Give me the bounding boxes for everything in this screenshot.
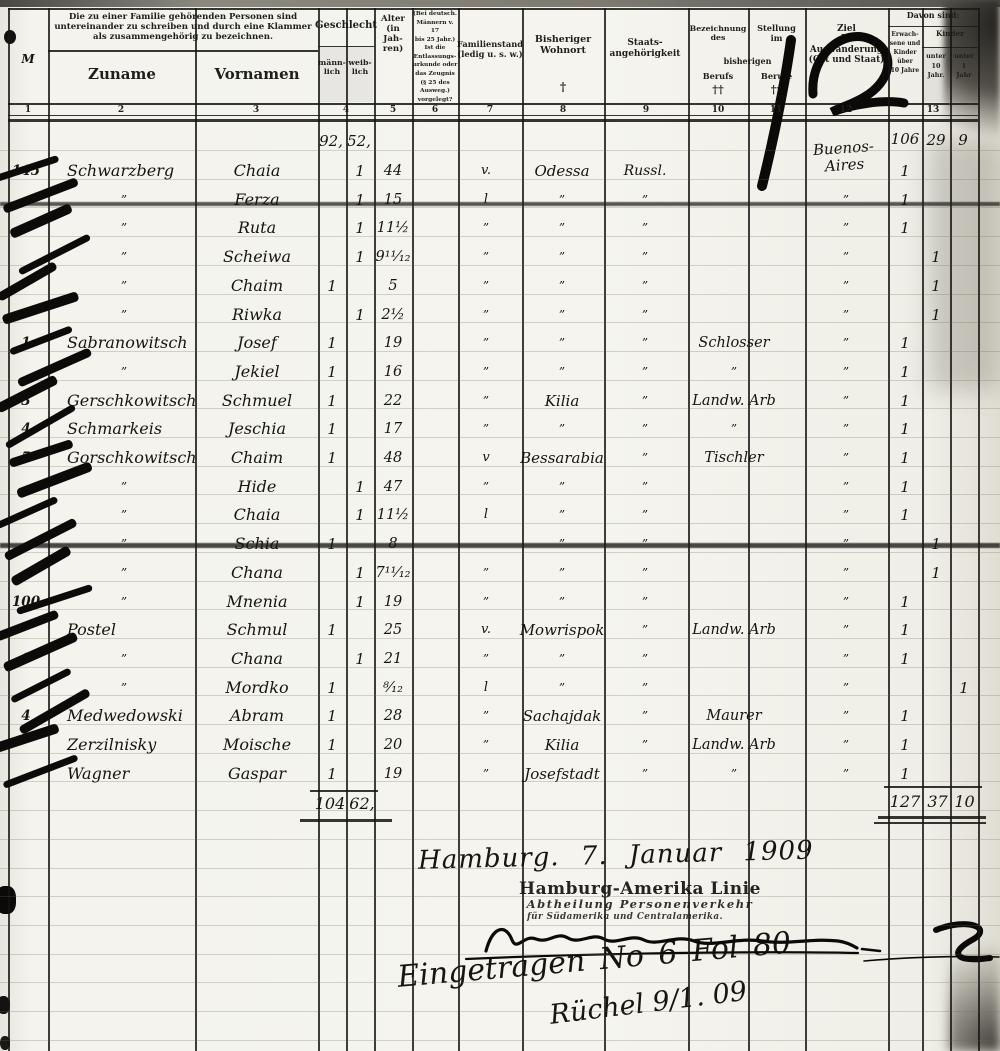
- cell-fam: ”: [458, 762, 514, 787]
- cell-k10: 1: [922, 245, 950, 270]
- cell-ziel: ”: [804, 532, 888, 557]
- cell-fam: ”: [458, 331, 514, 356]
- column-line-14: [922, 8, 924, 1051]
- cell-zuname: ”: [54, 360, 194, 385]
- cell-alter: 48: [372, 446, 414, 471]
- cell-vorname: Chaia: [198, 159, 316, 184]
- cell-k10: 1: [922, 561, 950, 586]
- cell-alter: 11½: [372, 503, 414, 528]
- cell-wohnort: ”: [518, 188, 606, 213]
- cell-adult: 1: [888, 647, 922, 672]
- col-number-10: 10: [703, 105, 733, 116]
- col-number-3: 3: [241, 105, 271, 116]
- cell-alter: 19: [372, 590, 414, 615]
- cell-staat: ”: [604, 389, 686, 414]
- cell-m: 1: [318, 532, 346, 557]
- cell-vorname: Riwka: [198, 303, 316, 328]
- cell-fam: ”: [458, 561, 514, 586]
- sheet-number-stroke-2: [813, 36, 904, 112]
- cell-ziel: ”: [804, 475, 888, 500]
- cell-adult: 1: [888, 216, 922, 241]
- cell-m: 1: [318, 676, 346, 701]
- cell-vorname: Ruta: [198, 216, 316, 241]
- cell-vorname: Abram: [198, 704, 316, 729]
- cell-w: 1: [346, 503, 374, 528]
- cell-m: 1: [318, 446, 346, 471]
- cell-alter: 22: [372, 389, 414, 414]
- cell-adult: 1: [888, 360, 922, 385]
- col-number-8: 8: [548, 105, 578, 116]
- cell-w: 1: [346, 188, 374, 213]
- cell-adult: 1: [888, 475, 922, 500]
- cell-vorname: Mnenia: [198, 590, 316, 615]
- cell-wohnort: ”: [518, 647, 606, 672]
- cell-wohnort: ”: [518, 590, 606, 615]
- ledger-rule: [0, 839, 1000, 840]
- cell-beruf: Maurer: [686, 704, 782, 729]
- cell-vorname: Schmuel: [198, 389, 316, 414]
- col-number-12: 12: [831, 105, 861, 116]
- col-number-1: 1: [13, 105, 43, 116]
- cell-zuname: ”: [54, 245, 194, 270]
- cell-adult: 1: [888, 618, 922, 643]
- cell-adult: 1: [888, 590, 922, 615]
- cell-staat: ”: [604, 475, 686, 500]
- cell-alter: 20: [372, 733, 414, 758]
- cell-fam: ”: [458, 360, 514, 385]
- cell-alter: 17: [372, 417, 414, 442]
- cell-adult: 1: [888, 331, 922, 356]
- cell-m: 1: [318, 331, 346, 356]
- cell-alter: 44: [372, 159, 414, 184]
- cell-fam: l: [458, 676, 514, 701]
- cell-staat: ”: [604, 704, 686, 729]
- cell-w: 1: [346, 245, 374, 270]
- cell-staat: ”: [604, 561, 686, 586]
- cell-vorname: Chana: [198, 561, 316, 586]
- col-number-5: 5: [378, 105, 408, 116]
- col-number-13: 13: [918, 105, 948, 116]
- cell-m: 1: [318, 417, 346, 442]
- cell-zuname: ”: [54, 532, 194, 557]
- cell-wohnort: Odessa: [518, 159, 606, 184]
- signature-scrawl: [486, 929, 857, 951]
- cell-w: 1: [346, 159, 374, 184]
- cell-fam: ”: [458, 475, 514, 500]
- cell-beruf: Schlosser: [686, 331, 782, 356]
- ledger-rule: [0, 150, 1000, 151]
- ledger-rule: [0, 925, 1000, 926]
- cell-ziel: ”: [804, 188, 888, 213]
- cell-beruf: ”: [686, 417, 782, 442]
- cell-wohnort: Sachajdak: [518, 704, 606, 729]
- cell-ziel: ”: [804, 590, 888, 615]
- cell-wohnort: ”: [518, 360, 606, 385]
- cell-ziel: ”: [804, 360, 888, 385]
- cell-ziel: ”: [804, 762, 888, 787]
- cell-fam: v.: [458, 159, 514, 184]
- cell-vorname: Scheiwa: [198, 245, 316, 270]
- cell-staat: ”: [604, 676, 686, 701]
- cell-vorname: Mordko: [198, 676, 316, 701]
- cell-wohnort: ”: [518, 331, 606, 356]
- cell-vorname: Moische: [198, 733, 316, 758]
- cell-w: 1: [346, 590, 374, 615]
- cell-zuname: Medwedowski: [54, 704, 194, 729]
- cell-vorname: Schia: [198, 532, 316, 557]
- cell-m: 1: [318, 389, 346, 414]
- cell-ziel: ”: [804, 245, 888, 270]
- cell-staat: ”: [604, 532, 686, 557]
- cell-k10: 1: [922, 532, 950, 557]
- cell-beruf: ”: [686, 360, 782, 385]
- cell-adult: 1: [888, 417, 922, 442]
- column-line-12: [805, 8, 807, 1051]
- cell-adult: 1: [888, 733, 922, 758]
- cell-m: 1: [318, 360, 346, 385]
- cell-alter: 28: [372, 704, 414, 729]
- cell-beruf: Landw. Arb: [686, 618, 782, 643]
- cell-fam: ”: [458, 245, 514, 270]
- cell-wohnort: ”: [518, 503, 606, 528]
- cell-wohnort: ”: [518, 417, 606, 442]
- col-number-9: 9: [631, 105, 661, 116]
- cell-adult: 1: [888, 389, 922, 414]
- cell-beruf: Landw. Arb: [686, 733, 782, 758]
- cell-alter: 19: [372, 331, 414, 356]
- cell-staat: ”: [604, 503, 686, 528]
- cell-m: 1: [318, 733, 346, 758]
- col-number-11: 11: [761, 105, 791, 116]
- cell-ziel: ”: [804, 733, 888, 758]
- cell-wohnort: ”: [518, 303, 606, 328]
- cell-staat: ”: [604, 360, 686, 385]
- cell-wohnort: ”: [518, 245, 606, 270]
- ledger-rule: [0, 810, 1000, 811]
- cell-beruf: Tischler: [686, 446, 782, 471]
- cell-zuname: Wagner: [54, 762, 194, 787]
- column-line-10: [688, 8, 690, 1051]
- cell-wohnort: Josefstadt: [518, 762, 606, 787]
- cell-fam: l: [458, 188, 514, 213]
- cell-k10: 1: [922, 303, 950, 328]
- ledger-rule: [0, 896, 1000, 897]
- cell-alter: 15: [372, 188, 414, 213]
- cell-w: 1: [346, 475, 374, 500]
- ledger-rule: [0, 982, 1000, 983]
- cell-wohnort: Mowrispok: [518, 618, 606, 643]
- cell-staat: ”: [604, 647, 686, 672]
- column-line-3: [318, 8, 320, 1051]
- manifest-page: M Die zu einer Familie gehörenden Person…: [0, 0, 1000, 1051]
- cell-staat: ”: [604, 331, 686, 356]
- cell-fam: v: [458, 446, 514, 471]
- cell-fam: ”: [458, 303, 514, 328]
- col-number-6: 6: [420, 105, 450, 116]
- cell-ziel: ”: [804, 503, 888, 528]
- cell-vorname: Gaspar: [198, 762, 316, 787]
- cell-wohnort: ”: [518, 216, 606, 241]
- cell-staat: Russl.: [604, 159, 686, 184]
- cell-wohnort: Kilia: [518, 389, 606, 414]
- cell-alter: 11½: [372, 216, 414, 241]
- cell-wohnort: ”: [518, 475, 606, 500]
- cell-zuname: ”: [54, 647, 194, 672]
- cell-w: 1: [346, 561, 374, 586]
- cell-fam: ”: [458, 417, 514, 442]
- cell-wohnort: ”: [518, 532, 606, 557]
- cell-vorname: Chaim: [198, 274, 316, 299]
- cell-staat: ”: [604, 618, 686, 643]
- cell-wohnort: ”: [518, 274, 606, 299]
- cell-ziel: ”: [804, 303, 888, 328]
- cell-alter: 7¹¹⁄₁₂: [372, 561, 414, 586]
- cell-alter: 16: [372, 360, 414, 385]
- ledger-rule: [0, 1040, 1000, 1041]
- cell-wohnort: ”: [518, 676, 606, 701]
- cell-ziel: ”: [804, 676, 888, 701]
- cell-m: 1: [318, 762, 346, 787]
- column-line-11: [748, 8, 750, 1051]
- cell-adult: 1: [888, 446, 922, 471]
- cell-fam: ”: [458, 704, 514, 729]
- column-line-16: [978, 8, 980, 1051]
- cell-adult: 1: [888, 704, 922, 729]
- cell-alter: 2½: [372, 303, 414, 328]
- cell-zuname: ”: [54, 188, 194, 213]
- cell-staat: ”: [604, 733, 686, 758]
- cell-fam: ”: [458, 216, 514, 241]
- cell-fam: ”: [458, 647, 514, 672]
- cell-ziel: ”: [804, 417, 888, 442]
- cell-vorname: Jeschia: [198, 417, 316, 442]
- cell-zuname: ”: [54, 561, 194, 586]
- cell-ziel: ”: [804, 331, 888, 356]
- cell-fam: ”: [458, 389, 514, 414]
- cell-alter: 9¹¹⁄₁₂: [372, 245, 414, 270]
- cell-wohnort: Kilia: [518, 733, 606, 758]
- cell-zuname: Schmarkeis: [54, 417, 194, 442]
- cell-staat: ”: [604, 274, 686, 299]
- cell-vorname: Jekiel: [198, 360, 316, 385]
- cell-ziel: ”: [804, 618, 888, 643]
- column-line-15: [950, 8, 952, 1051]
- cell-k1: 1: [950, 676, 978, 701]
- cell-ziel: ”: [804, 446, 888, 471]
- column-line-2: [195, 8, 197, 1051]
- cell-vorname: Hide: [198, 475, 316, 500]
- ledger-rule: [0, 954, 1000, 955]
- ledger-rule: [0, 868, 1000, 869]
- cell-fam: v.: [458, 618, 514, 643]
- cell-alter: ⁸⁄₁₂: [372, 676, 414, 701]
- cell-wohnort: Bessarabia: [518, 446, 606, 471]
- cell-ziel: ”: [804, 274, 888, 299]
- cell-w: 1: [346, 647, 374, 672]
- cell-fam: ”: [458, 274, 514, 299]
- cell-staat: ”: [604, 590, 686, 615]
- cell-ziel: ”: [804, 389, 888, 414]
- cell-adult: 1: [888, 188, 922, 213]
- cell-m: 1: [318, 704, 346, 729]
- cell-vorname: Chaia: [198, 503, 316, 528]
- cell-staat: ”: [604, 303, 686, 328]
- cell-adult: 1: [888, 762, 922, 787]
- cell-zuname: ”: [54, 216, 194, 241]
- cell-zuname: ”: [54, 475, 194, 500]
- cell-vorname: Chaim: [198, 446, 316, 471]
- cell-fam: ”: [458, 733, 514, 758]
- cell-vorname: Chana: [198, 647, 316, 672]
- col-number-2: 2: [106, 105, 136, 116]
- col-number-4: 4: [331, 105, 361, 116]
- cell-staat: ”: [604, 188, 686, 213]
- cell-adult: 1: [888, 159, 922, 184]
- cell-alter: 19: [372, 762, 414, 787]
- cell-k10: 1: [922, 274, 950, 299]
- cell-alter: 8: [372, 532, 414, 557]
- cell-zuname: ”: [54, 303, 194, 328]
- col-number-7: 7: [475, 105, 505, 116]
- cell-staat: ”: [604, 216, 686, 241]
- cell-vorname: Schmul: [198, 618, 316, 643]
- cell-staat: ”: [604, 762, 686, 787]
- cell-ziel: ”: [804, 216, 888, 241]
- cell-ziel: ”: [804, 704, 888, 729]
- cell-staat: ”: [604, 245, 686, 270]
- cell-alter: 5: [372, 274, 414, 299]
- cell-adult: 1: [888, 503, 922, 528]
- cell-vorname: Josef: [198, 331, 316, 356]
- cell-wohnort: ”: [518, 561, 606, 586]
- cell-staat: ”: [604, 446, 686, 471]
- cell-alter: 47: [372, 475, 414, 500]
- cell-w: 1: [346, 216, 374, 241]
- cell-vorname: Ferza: [198, 188, 316, 213]
- cell-ziel: ”: [804, 647, 888, 672]
- ledger-rule: [0, 1011, 1000, 1012]
- cell-ziel: ”: [804, 561, 888, 586]
- cell-alter: 21: [372, 647, 414, 672]
- cell-staat: ”: [604, 417, 686, 442]
- cell-alter: 25: [372, 618, 414, 643]
- cell-fam: l: [458, 503, 514, 528]
- cell-beruf: Landw. Arb: [686, 389, 782, 414]
- cell-w: 1: [346, 303, 374, 328]
- cell-beruf: ”: [686, 762, 782, 787]
- signature-dash: [862, 949, 880, 951]
- cell-m: 1: [318, 274, 346, 299]
- cell-fam: ”: [458, 590, 514, 615]
- cell-m: 1: [318, 618, 346, 643]
